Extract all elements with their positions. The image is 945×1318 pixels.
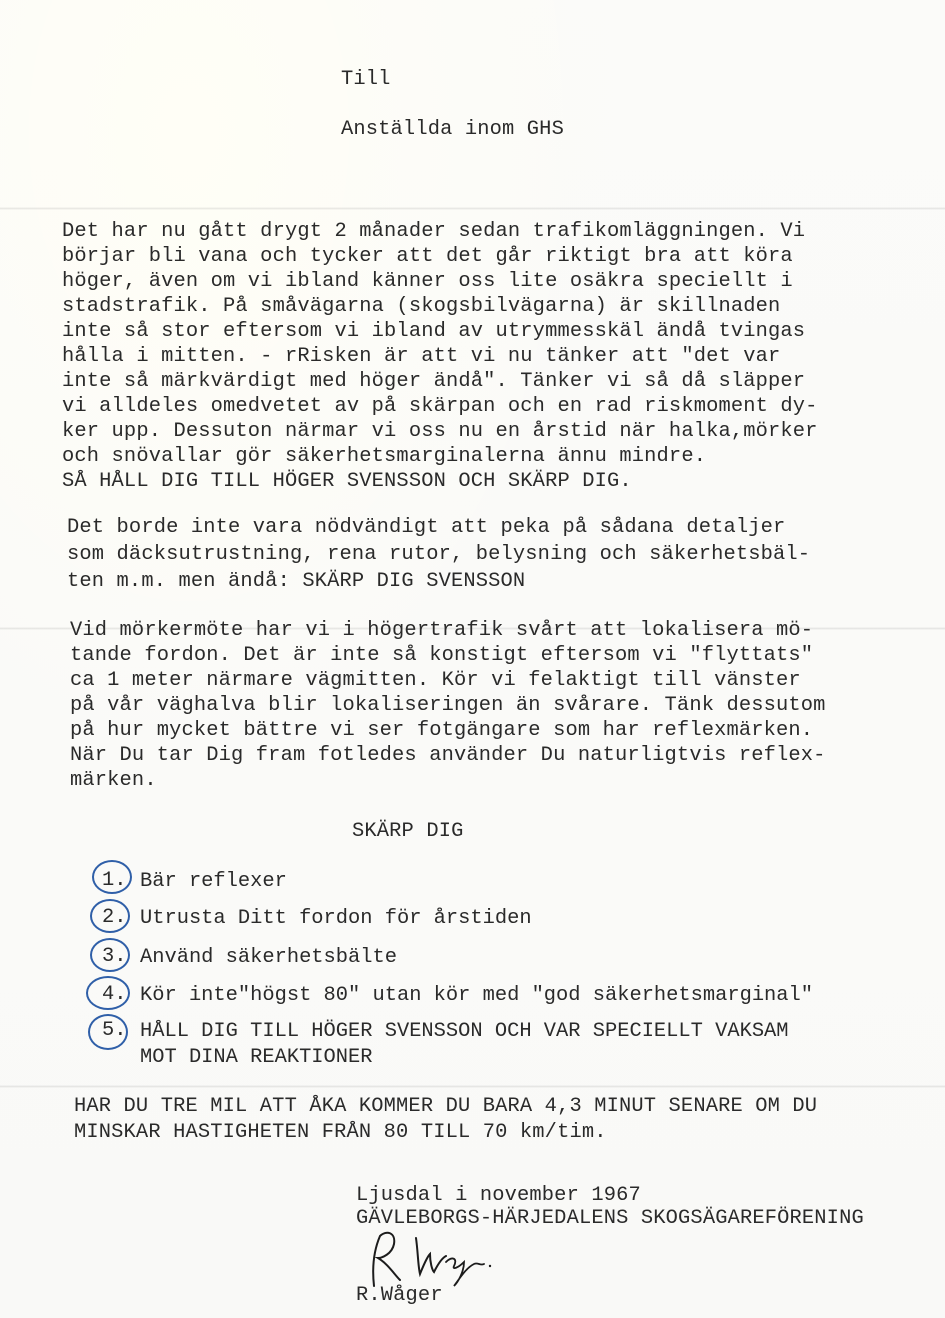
text-line: ca 1 meter närmare vägmitten. Kör vi fel… xyxy=(70,669,826,693)
text-line: på hur mycket bättre vi ser fotgängare s… xyxy=(70,719,826,743)
text-line: MINSKAR HASTIGHETEN FRÅN 80 TILL 70 km/t… xyxy=(74,1121,817,1145)
list-number: 5. xyxy=(102,1019,126,1042)
list-number: 2. xyxy=(102,906,126,929)
list-text: Utrusta Ditt fordon för årstiden xyxy=(140,906,532,932)
text-line: och snövallar gör säkerhetsmarginalerna … xyxy=(62,445,818,469)
recipient: Anställda inom GHS xyxy=(341,118,564,142)
paragraph-2: Det borde inte vara nödvändigt att peka … xyxy=(67,516,810,594)
list-number: 4. xyxy=(102,983,126,1006)
text-line: HAR DU TRE MIL ATT ÅKA KOMMER DU BARA 4,… xyxy=(74,1095,817,1119)
text-line: ker upp. Dessuton närmar vi oss nu en år… xyxy=(62,420,818,444)
text-line: När Du tar Dig fram fotledes använder Du… xyxy=(70,744,826,768)
list-text: Använd säkerhetsbälte xyxy=(140,945,397,971)
text-line: Det har nu gått drygt 2 månader sedan tr… xyxy=(62,220,818,244)
list-number: 1. xyxy=(102,869,126,892)
text-line: SÅ HÅLL DIG TILL HÖGER SVENSSON OCH SKÄR… xyxy=(62,470,818,494)
text-line: vi alldeles omedvetet av på skärpan och … xyxy=(62,395,818,419)
addressee-label: Till xyxy=(341,68,391,92)
text-line: Det borde inte vara nödvändigt att peka … xyxy=(67,516,810,540)
list-text: HÅLL DIG TILL HÖGER SVENSSON OCH VAR SPE… xyxy=(140,1019,789,1071)
closing-note: HAR DU TRE MIL ATT ÅKA KOMMER DU BARA 4,… xyxy=(74,1095,817,1145)
text-line: tande fordon. Det är inte så konstigt ef… xyxy=(70,644,826,668)
text-line: som däcksutrustning, rena rutor, belysni… xyxy=(67,543,810,567)
text-line: stadstrafik. På småvägarna (skogsbilväga… xyxy=(62,295,818,319)
paper-fold-line xyxy=(0,1085,945,1088)
text-line: höger, även om vi ibland känner oss lite… xyxy=(62,270,818,294)
paragraph-1: Det har nu gått drygt 2 månader sedan tr… xyxy=(62,220,818,494)
list-text: Bär reflexer xyxy=(140,869,287,895)
text-line: märken. xyxy=(70,769,826,793)
text-line: ten m.m. men ändå: SKÄRP DIG SVENSSON xyxy=(67,570,810,594)
handwritten-signature-icon xyxy=(360,1228,500,1290)
text-line: inte så stor eftersom vi ibland av utrym… xyxy=(62,320,818,344)
list-text: Kör inte"högst 80" utan kör med "god säk… xyxy=(140,983,813,1009)
paragraph-3: Vid mörkermöte har vi i högertrafik svår… xyxy=(70,619,826,793)
text-line: börjar bli vana och tycker att det går r… xyxy=(62,245,818,269)
list-number: 3. xyxy=(102,945,126,968)
text-line: hålla i mitten. - rRisken är att vi nu t… xyxy=(62,345,818,369)
text-line: inte så märkvärdigt med höger ändå". Tän… xyxy=(62,370,818,394)
place-date: Ljusdal i november 1967 xyxy=(356,1184,641,1208)
list-heading: SKÄRP DIG xyxy=(352,820,463,844)
text-line: på vår väghalva blir lokaliseringen än s… xyxy=(70,694,826,718)
text-line: Vid mörkermöte har vi i högertrafik svår… xyxy=(70,619,826,643)
signer-name: R.Wåger xyxy=(356,1284,443,1308)
paper-fold-line xyxy=(0,207,945,210)
